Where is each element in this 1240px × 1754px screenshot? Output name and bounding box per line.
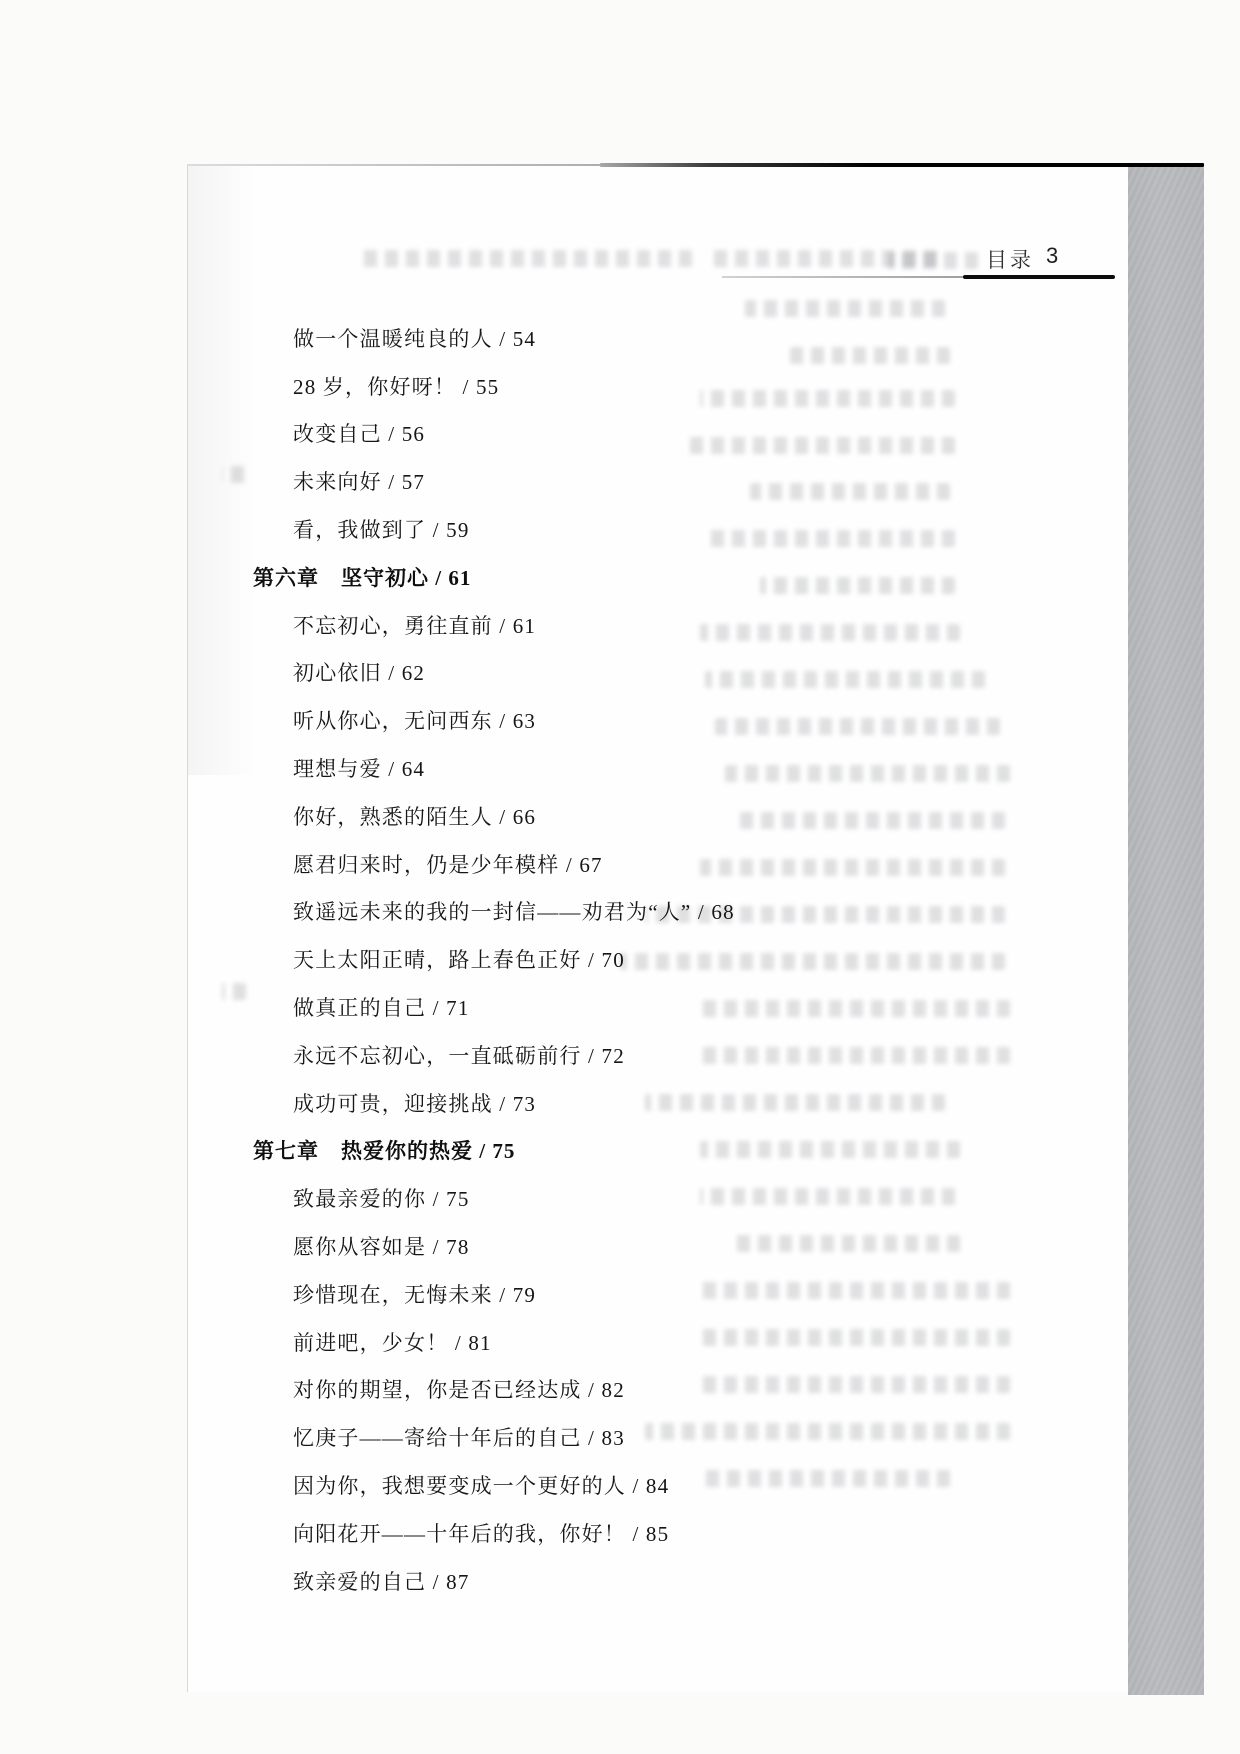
toc-entry-text: 愿君归来时，仍是少年模样 / 67 xyxy=(293,849,603,879)
toc-entry-row: 致亲爱的自己 / 87 xyxy=(0,1557,1128,1605)
toc-entry-row: 不忘初心，勇往直前 / 61 xyxy=(0,601,1128,649)
toc-entry-row: 致最亲爱的你 / 75 xyxy=(0,1174,1128,1222)
toc-entry-row: 珍惜现在，无悔未来 / 79 xyxy=(0,1270,1128,1318)
toc-entry-row: 愿君归来时，仍是少年模样 / 67 xyxy=(0,840,1128,888)
toc-list: 做一个温暖纯良的人 / 5428 岁，你好呀！ / 55改变自己 / 56未来向… xyxy=(0,314,1128,1605)
toc-entry-text: 前进吧，少女！ / 81 xyxy=(293,1327,492,1357)
toc-entry-row: 你好，熟悉的陌生人 / 66 xyxy=(0,792,1128,840)
toc-entry-text: 天上太阳正晴，路上春色正好 / 70 xyxy=(293,944,625,974)
page-top-edge-light xyxy=(187,164,647,166)
toc-entry-row: 理想与爱 / 64 xyxy=(0,744,1128,792)
running-head-rule-dark xyxy=(963,275,1115,279)
toc-entry-text: 改变自己 / 56 xyxy=(293,418,425,448)
toc-entry-row: 向阳花开——十年后的我，你好！ / 85 xyxy=(0,1509,1128,1557)
toc-entry-text: 看，我做到了 / 59 xyxy=(293,514,470,544)
toc-entry-text: 成功可贵，迎接挑战 / 73 xyxy=(293,1088,536,1118)
toc-entry-text: 永远不忘初心，一直砥砺前行 / 72 xyxy=(293,1040,625,1070)
toc-entry-row: 致遥远未来的我的一封信——劝君为“人” / 68 xyxy=(0,888,1128,936)
toc-entry-text: 做一个温暖纯良的人 / 54 xyxy=(293,323,536,353)
toc-entry-row: 做真正的自己 / 71 xyxy=(0,983,1128,1031)
toc-entry-row: 听从你心，无问西东 / 63 xyxy=(0,696,1128,744)
toc-entry-text: 对你的期望，你是否已经达成 / 82 xyxy=(293,1374,625,1404)
toc-entry-text: 未来向好 / 57 xyxy=(293,466,425,496)
toc-entry-text: 28 岁，你好呀！ / 55 xyxy=(293,371,499,401)
toc-entry-text: 致亲爱的自己 / 87 xyxy=(293,1566,470,1596)
toc-entry-text: 忆庚子——寄给十年后的自己 / 83 xyxy=(293,1422,625,1452)
toc-entry-row: 初心依旧 / 62 xyxy=(0,649,1128,697)
toc-entry-text: 致遥远未来的我的一封信——劝君为“人” / 68 xyxy=(293,896,735,926)
toc-entry-row: 28 岁，你好呀！ / 55 xyxy=(0,362,1128,410)
toc-entry-text: 听从你心，无问西东 / 63 xyxy=(293,705,536,735)
toc-entry-row: 永远不忘初心，一直砥砺前行 / 72 xyxy=(0,1031,1128,1079)
toc-entry-text: 致最亲爱的你 / 75 xyxy=(293,1183,470,1213)
toc-entry-row: 成功可贵，迎接挑战 / 73 xyxy=(0,1079,1128,1127)
toc-entry-text: 向阳花开——十年后的我，你好！ / 85 xyxy=(293,1518,669,1548)
toc-entry-text: 理想与爱 / 64 xyxy=(293,753,425,783)
toc-entry-row: 因为你，我想要变成一个更好的人 / 84 xyxy=(0,1461,1128,1509)
toc-entry-row: 天上太阳正晴，路上春色正好 / 70 xyxy=(0,935,1128,983)
toc-entry-row: 忆庚子——寄给十年后的自己 / 83 xyxy=(0,1413,1128,1461)
toc-entry-row: 前进吧，少女！ / 81 xyxy=(0,1318,1128,1366)
toc-entry-row: 改变自己 / 56 xyxy=(0,410,1128,458)
toc-entry-text: 因为你，我想要变成一个更好的人 / 84 xyxy=(293,1470,669,1500)
page-top-edge-dark xyxy=(600,163,1204,167)
toc-chapter-row: 第七章 热爱你的热爱 / 75 xyxy=(0,1127,1128,1175)
book-edge-shadow-strip xyxy=(1128,167,1204,1695)
toc-entry-text: 初心依旧 / 62 xyxy=(293,657,425,687)
toc-entry-text: 第七章 热爱你的热爱 / 75 xyxy=(253,1135,515,1165)
toc-entry-row: 做一个温暖纯良的人 / 54 xyxy=(0,314,1128,362)
toc-entry-row: 对你的期望，你是否已经达成 / 82 xyxy=(0,1366,1128,1414)
toc-entry-row: 看，我做到了 / 59 xyxy=(0,505,1128,553)
toc-entry-text: 你好，熟悉的陌生人 / 66 xyxy=(293,801,536,831)
running-head-page-number: 3 xyxy=(1046,243,1058,269)
toc-entry-row: 未来向好 / 57 xyxy=(0,457,1128,505)
toc-entry-text: 珍惜现在，无悔未来 / 79 xyxy=(293,1279,536,1309)
toc-entry-row: 愿你从容如是 / 78 xyxy=(0,1222,1128,1270)
running-head-title: 目录 xyxy=(986,244,1034,274)
toc-entry-text: 愿你从容如是 / 78 xyxy=(293,1231,470,1261)
toc-entry-text: 做真正的自己 / 71 xyxy=(293,992,470,1022)
toc-chapter-row: 第六章 坚守初心 / 61 xyxy=(0,553,1128,601)
toc-entry-text: 第六章 坚守初心 / 61 xyxy=(253,562,471,592)
running-head-rule-light xyxy=(722,276,965,278)
toc-entry-text: 不忘初心，勇往直前 / 61 xyxy=(293,610,536,640)
